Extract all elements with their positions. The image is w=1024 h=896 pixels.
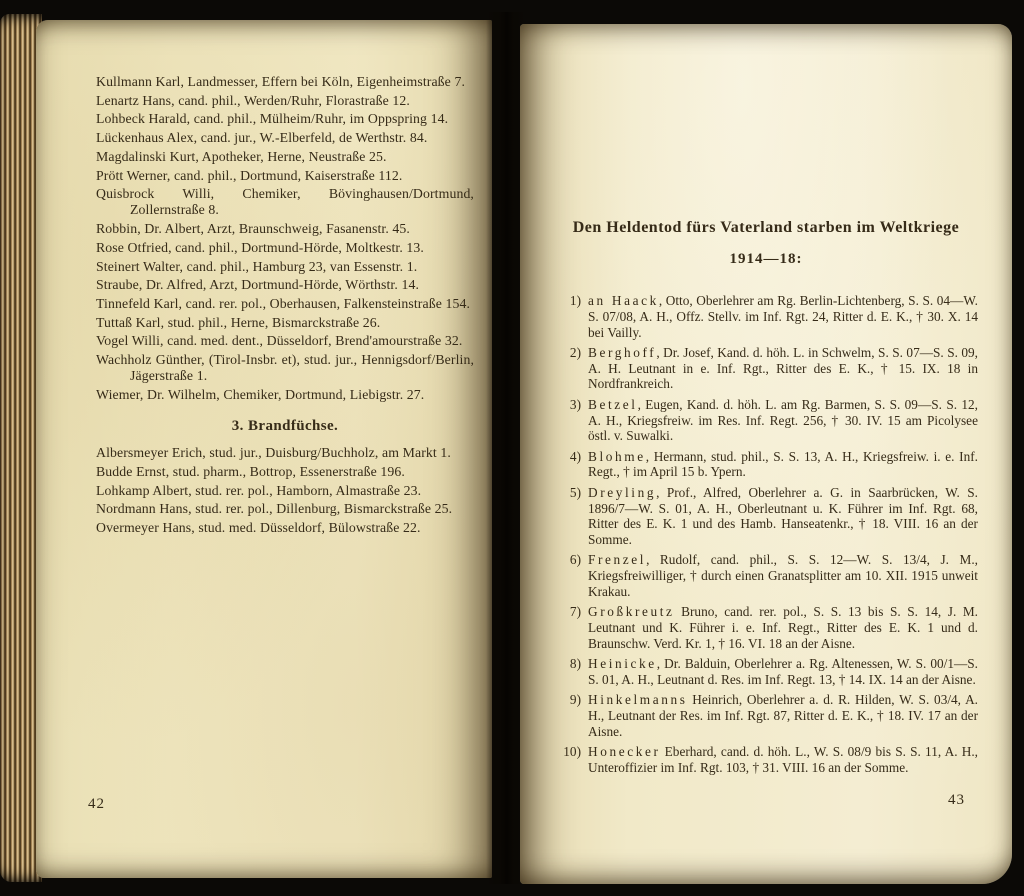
memorial-entry: 5) Dreyling, Prof., Alfred, Oberlehrer a…: [554, 485, 978, 548]
fallen-name: Dreyling: [588, 485, 656, 500]
fallen-name: Frenzel: [588, 552, 646, 567]
entry-number: 7): [554, 604, 588, 651]
entry-number: 6): [554, 552, 588, 599]
entry-number: 4): [554, 449, 588, 481]
entry-text: Honecker Eberhard, cand. d. höh. L., W. …: [588, 744, 978, 776]
entry-number: 2): [554, 345, 588, 392]
directory-entry: Steinert Walter, cand. phil., Hamburg 23…: [96, 259, 474, 275]
memorial-entry: 2) Berghoff, Dr. Josef, Kand. d. höh. L.…: [554, 345, 978, 392]
memorial-entry: 4) Blohme, Hermann, stud. phil., S. S. 1…: [554, 449, 978, 481]
directory-entry: Wachholz Günther, (Tirol-Insbr. et), stu…: [96, 352, 474, 384]
right-page: Den Heldentod fürs Vaterland starben im …: [520, 24, 1012, 884]
entry-text: Betzel, Eugen, Kand. d. höh. L. am Rg. B…: [588, 397, 978, 444]
page-number-right: 43: [948, 792, 965, 809]
fallen-name: Großkreutz: [588, 604, 675, 619]
directory-entry: Straube, Dr. Alfred, Arzt, Dortmund-Hörd…: [96, 277, 474, 293]
book-photo: { "colors":{ "background":"#0b0906", "pa…: [0, 0, 1024, 896]
directory-entry: Tinnefeld Karl, cand. rer. pol., Oberhau…: [96, 296, 474, 312]
memorial-entry: 6) Frenzel, Rudolf, cand. phil., S. S. 1…: [554, 552, 978, 599]
memorial-entry: 9) Hinkelmanns Heinrich, Oberlehrer a. d…: [554, 692, 978, 739]
directory-entry: Overmeyer Hans, stud. med. Düsseldorf, B…: [96, 520, 474, 536]
directory-entry: Wiemer, Dr. Wilhelm, Chemiker, Dortmund,…: [96, 387, 474, 403]
memorial-heading: Den Heldentod fürs Vaterland starben im …: [554, 218, 978, 238]
directory-entry: Quisbrock Willi, Chemiker, Bövinghausen/…: [96, 186, 474, 218]
directory-entry: Magdalinski Kurt, Apotheker, Herne, Neus…: [96, 149, 474, 165]
fallen-name: an Haack: [588, 293, 659, 308]
section-heading: 3. Brandfüchse.: [96, 418, 474, 434]
left-page-content: Kullmann Karl, Landmesser, Effern bei Kö…: [96, 74, 474, 539]
entry-text: Dreyling, Prof., Alfred, Oberlehrer a. G…: [588, 485, 978, 548]
entry-text: Berghoff, Dr. Josef, Kand. d. höh. L. in…: [588, 345, 978, 392]
entry-text: Großkreutz Bruno, cand. rer. pol., S. S.…: [588, 604, 978, 651]
entry-number: 5): [554, 485, 588, 548]
directory-entry: Lohbeck Harald, cand. phil., Mülheim/Ruh…: [96, 111, 474, 127]
entry-text: an Haack, Otto, Oberlehrer am Rg. Berlin…: [588, 293, 978, 340]
memorial-entry: 8) Heinicke, Dr. Balduin, Oberlehrer a. …: [554, 656, 978, 688]
memorial-entry: 1) an Haack, Otto, Oberlehrer am Rg. Ber…: [554, 293, 978, 340]
directory-entry: Prött Werner, cand. phil., Dortmund, Kai…: [96, 168, 474, 184]
directory-entry: Lohkamp Albert, stud. rer. pol., Hamborn…: [96, 483, 474, 499]
brandfuechse-list: Albersmeyer Erich, stud. jur., Duisburg/…: [96, 445, 474, 536]
memorial-entry: 10) Honecker Eberhard, cand. d. höh. L.,…: [554, 744, 978, 776]
memorial-entry: 3) Betzel, Eugen, Kand. d. höh. L. am Rg…: [554, 397, 978, 444]
member-directory-list: Kullmann Karl, Landmesser, Effern bei Kö…: [96, 74, 474, 403]
directory-entry: Robbin, Dr. Albert, Arzt, Braunschweig, …: [96, 221, 474, 237]
memorial-entry: 7) Großkreutz Bruno, cand. rer. pol., S.…: [554, 604, 978, 651]
fallen-name: Honecker: [588, 744, 660, 759]
page-number-left: 42: [88, 796, 105, 813]
entry-number: 10): [554, 744, 588, 776]
directory-entry: Lenartz Hans, cand. phil., Werden/Ruhr, …: [96, 93, 474, 109]
directory-entry: Kullmann Karl, Landmesser, Effern bei Kö…: [96, 74, 474, 90]
left-page: Kullmann Karl, Landmesser, Effern bei Kö…: [36, 20, 492, 878]
entry-number: 1): [554, 293, 588, 340]
directory-entry: Vogel Willi, cand. med. dent., Düsseldor…: [96, 333, 474, 349]
directory-entry: Budde Ernst, stud. pharm., Bottrop, Esse…: [96, 464, 474, 480]
fallen-name: Berghoff: [588, 345, 656, 360]
directory-entry: Rose Otfried, cand. phil., Dortmund-Hörd…: [96, 240, 474, 256]
entry-text: Heinicke, Dr. Balduin, Oberlehrer a. Rg.…: [588, 656, 978, 688]
fallen-name: Blohme: [588, 449, 646, 464]
entry-text: Blohme, Hermann, stud. phil., S. S. 13, …: [588, 449, 978, 481]
memorial-list: 1) an Haack, Otto, Oberlehrer am Rg. Ber…: [554, 293, 978, 776]
fallen-name: Betzel: [588, 397, 638, 412]
directory-entry: Nordmann Hans, stud. rer. pol., Dillenbu…: [96, 501, 474, 517]
entry-number: 3): [554, 397, 588, 444]
entry-number: 9): [554, 692, 588, 739]
directory-entry: Lückenhaus Alex, cand. jur., W.-Elberfel…: [96, 130, 474, 146]
entry-number: 8): [554, 656, 588, 688]
entry-text: Hinkelmanns Heinrich, Oberlehrer a. d. R…: [588, 692, 978, 739]
memorial-subheading: 1914—18:: [554, 251, 978, 268]
fallen-name: Hinkelmanns: [588, 692, 688, 707]
directory-entry: Albersmeyer Erich, stud. jur., Duisburg/…: [96, 445, 474, 461]
fallen-name: Heinicke: [588, 656, 657, 671]
directory-entry: Tuttaß Karl, stud. phil., Herne, Bismarc…: [96, 315, 474, 331]
entry-text: Frenzel, Rudolf, cand. phil., S. S. 12—W…: [588, 552, 978, 599]
right-page-content: Den Heldentod fürs Vaterland starben im …: [554, 218, 978, 780]
